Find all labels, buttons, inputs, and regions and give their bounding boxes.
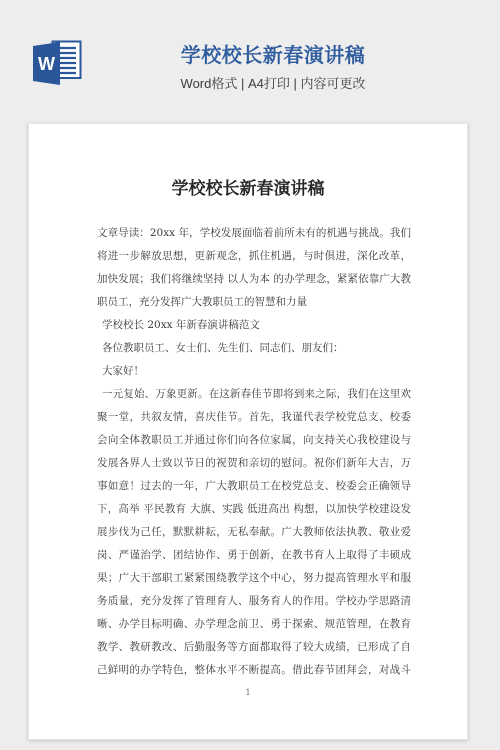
template-format-info: Word格式 | A4打印 | 内容可更改 [46,76,500,92]
document-title: 学校校长新春演讲稿 [29,178,467,200]
document-paragraph-greeting: 大家好！ [97,360,411,383]
document-paragraph-subtitle: 学校校长 20xx 年新春演讲稿范文 [97,314,411,337]
template-preview-screen: W 学校校长新春演讲稿 Word格式 | A4打印 | 内容可更改 学校校长新春… [0,0,500,750]
page-number-label: 1 [29,688,467,697]
document-paragraph-main: 一元复始、万象更新。在这新春佳节即将到来之际，我们在这里欢聚一堂，共叙友情，喜庆… [97,383,411,684]
document-body: 文章导读：20xx 年，学校发展面临着前所未有的机遇与挑战。我们将进一步解放思想… [97,222,411,684]
document-page: 学校校长新春演讲稿 文章导读：20xx 年，学校发展面临着前所未有的机遇与挑战。… [28,123,468,740]
document-paragraph-salutation: 各位教职员工、女士们、先生们、同志们、朋友们： [97,337,411,360]
header: W 学校校长新春演讲稿 Word格式 | A4打印 | 内容可更改 [0,0,500,123]
header-text-block: 学校校长新春演讲稿 Word格式 | A4打印 | 内容可更改 [0,0,500,92]
template-title: 学校校长新春演讲稿 [46,44,500,68]
document-paragraph-intro: 文章导读：20xx 年，学校发展面临着前所未有的机遇与挑战。我们将进一步解放思想… [97,222,411,314]
